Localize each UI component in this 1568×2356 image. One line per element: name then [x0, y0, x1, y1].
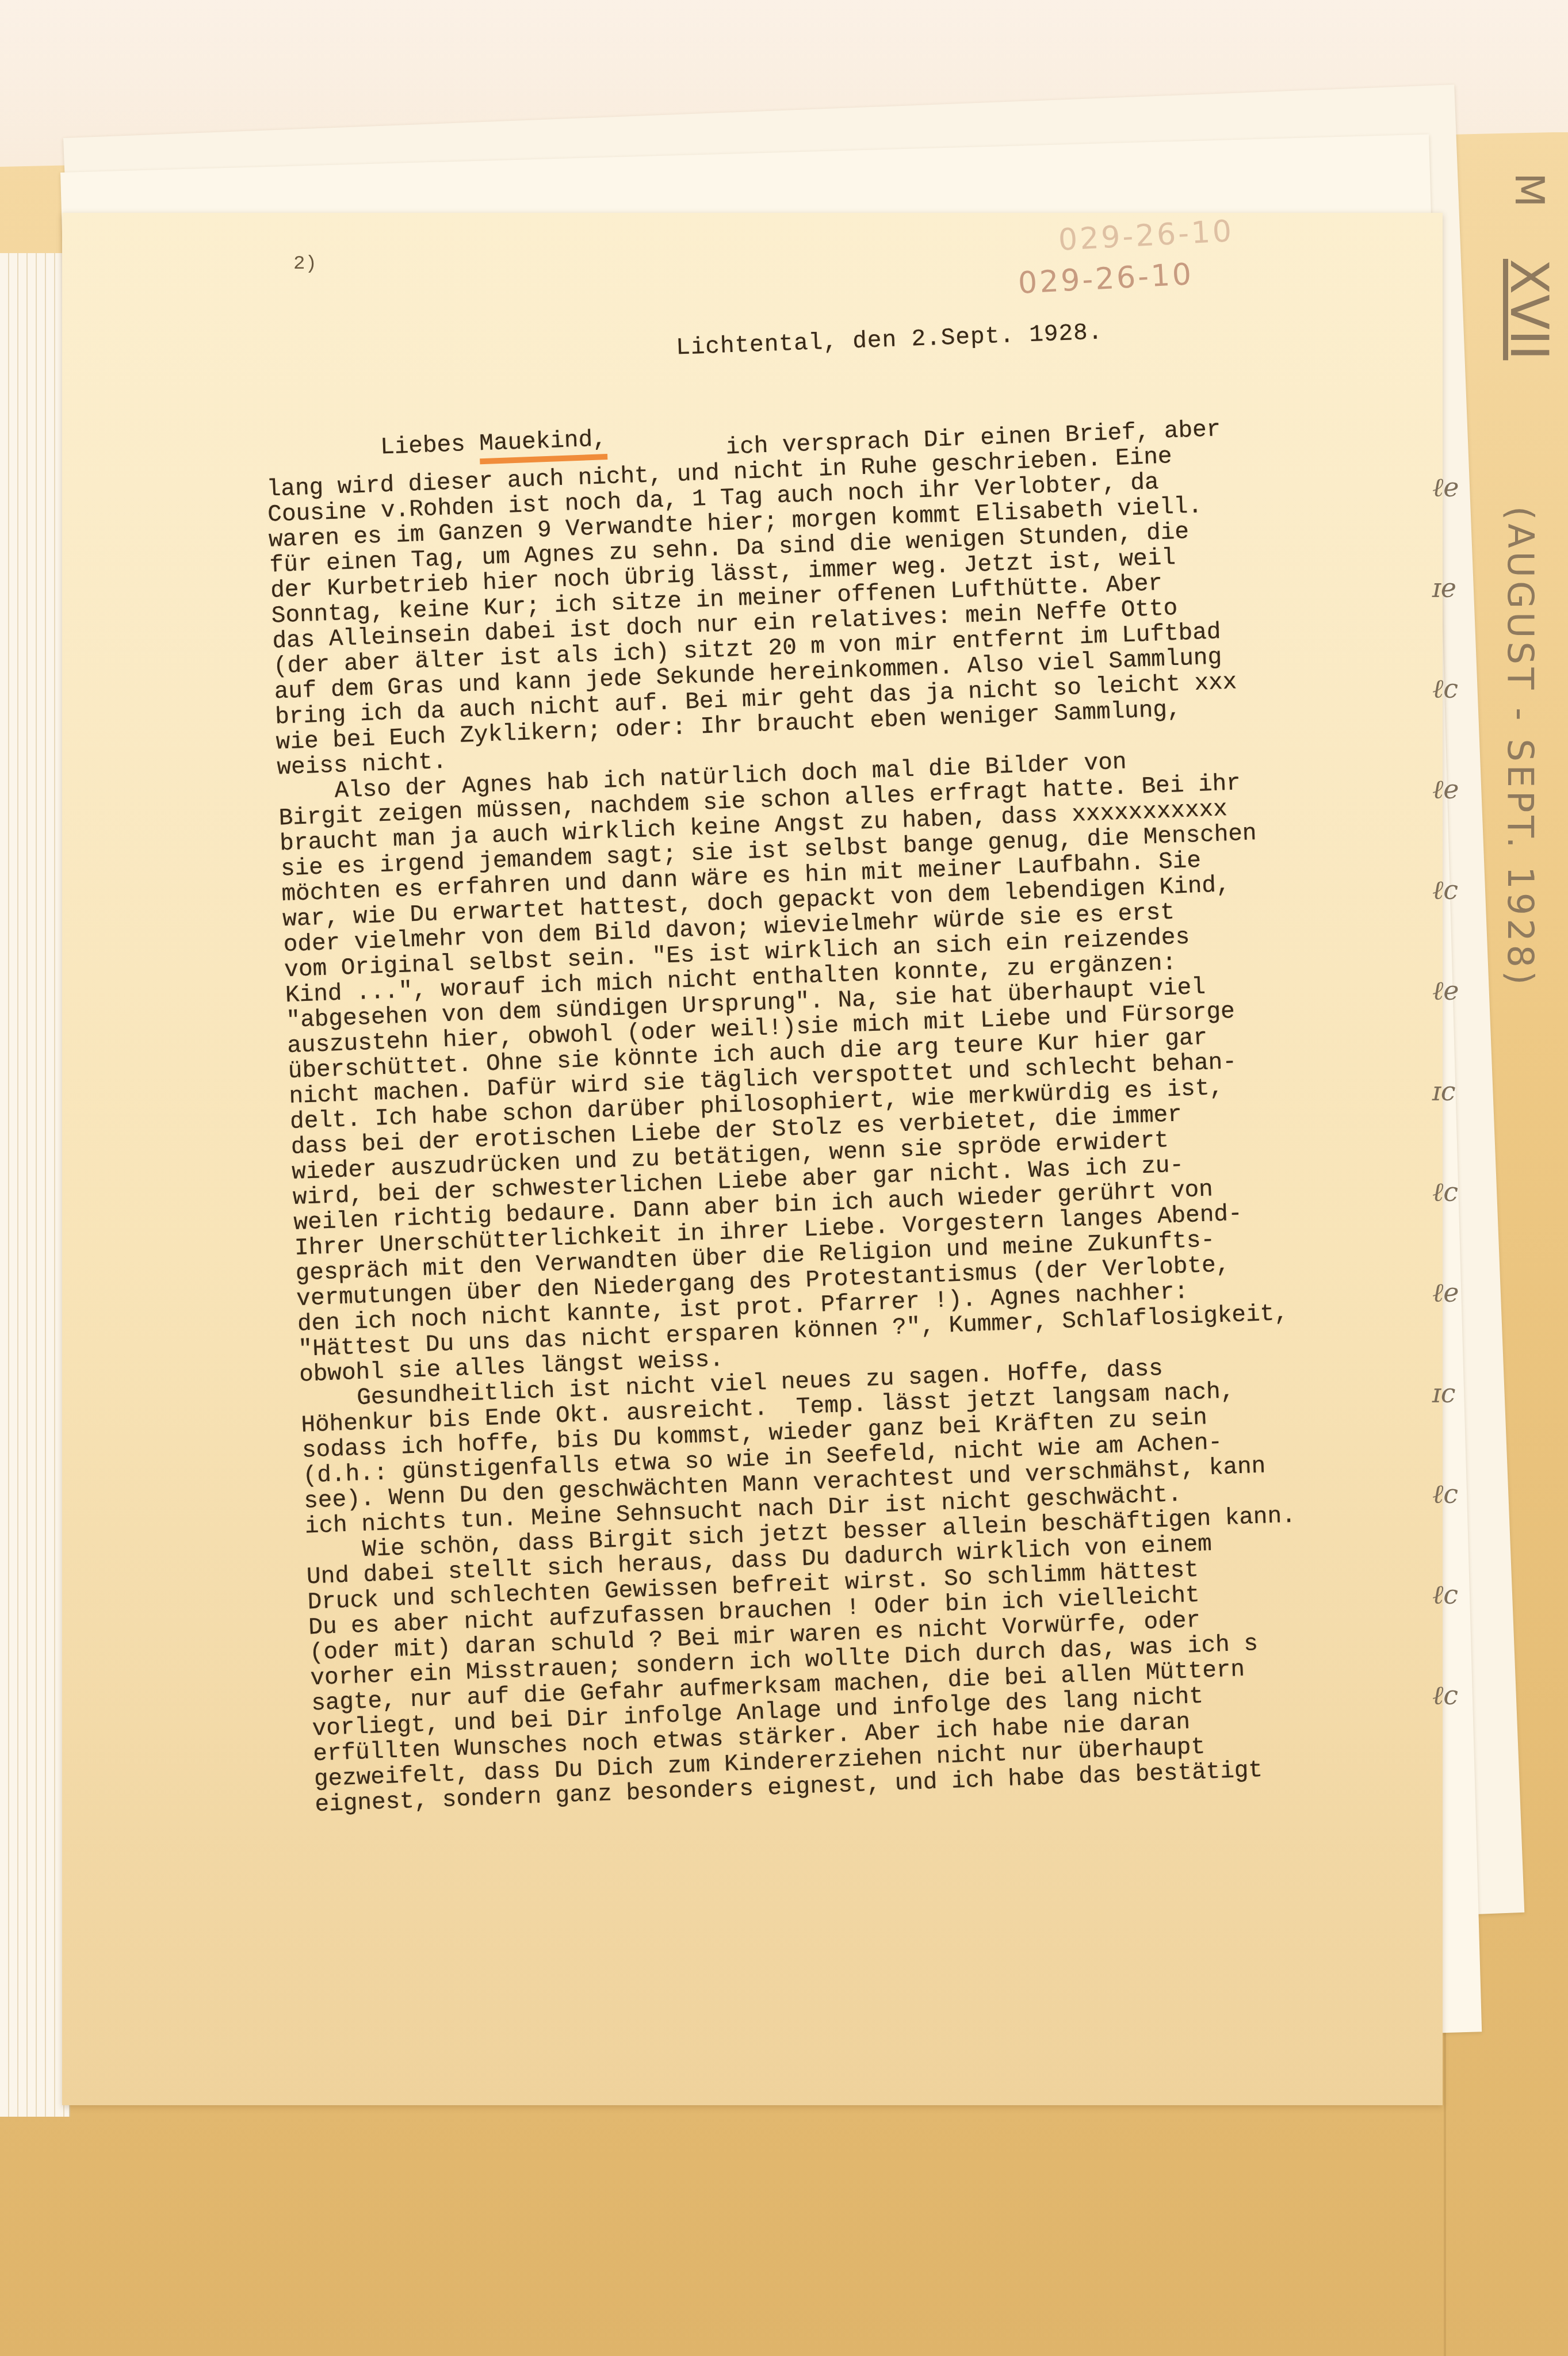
margin-mark: ℓc [1432, 673, 1458, 704]
margin-mark: ℓe [1432, 774, 1459, 805]
margin-mark: ℓc [1432, 874, 1458, 905]
typed-letter: Lichtental, den 2.Sept. 1928. Liebes Mau… [262, 309, 1454, 1818]
margin-mark: ɪc [1432, 1076, 1455, 1107]
folder-date-range: (AUGUST - SEPT. 1928) [1500, 506, 1542, 988]
letter-body: lang wird dieser auch nicht, und nicht i… [266, 435, 1454, 1818]
margin-mark: ɪe [1432, 572, 1456, 603]
margin-mark: ℓc [1432, 1176, 1458, 1207]
margin-mark: ℓe [1432, 975, 1459, 1006]
folder-volume: XVII [1498, 259, 1559, 360]
margin-mark: ℓe [1432, 472, 1459, 503]
paper-stack-edge [0, 253, 70, 2117]
highlighted-name: Mauekind, [479, 426, 607, 464]
folder-marker: M [1506, 173, 1553, 207]
page-number: 2) [293, 253, 317, 275]
